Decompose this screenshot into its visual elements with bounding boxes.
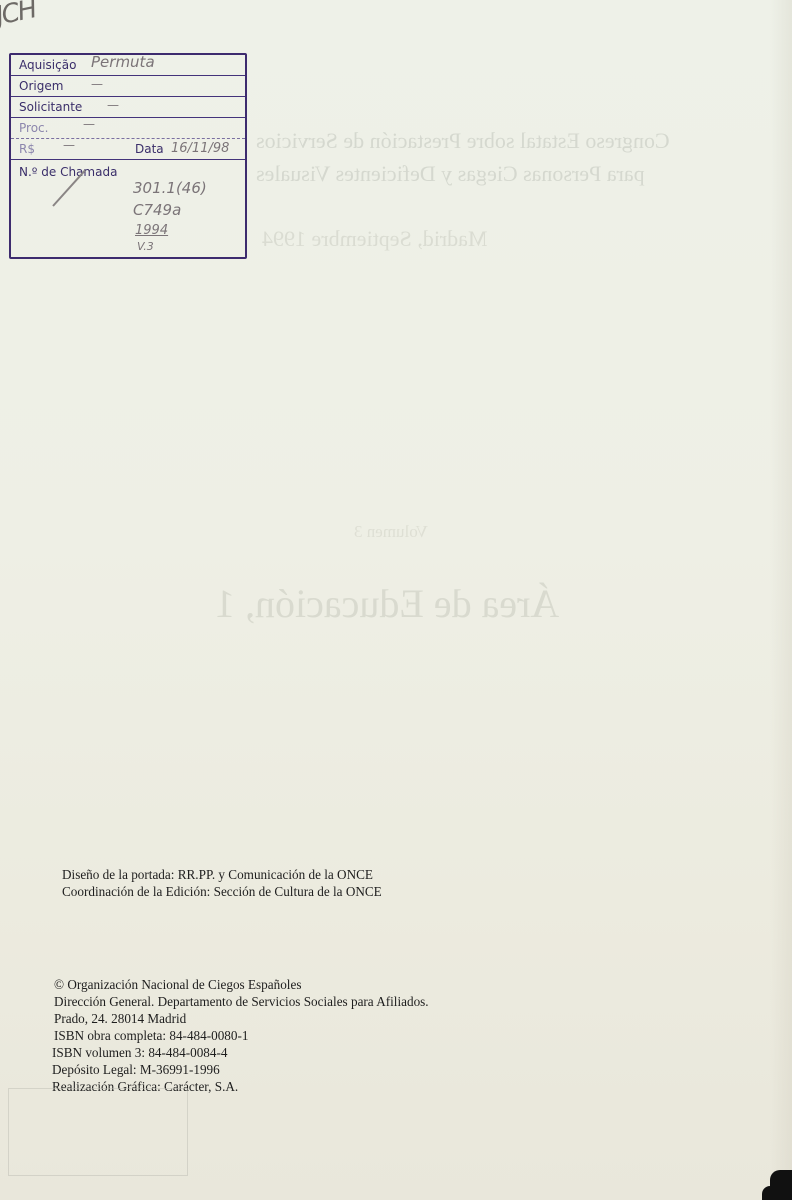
stamp-date-label: Data [135, 139, 164, 159]
credit-line: Coordinación de la Edición: Sección de C… [62, 883, 382, 900]
publisher-department: Dirección General. Departamento de Servi… [54, 993, 429, 1010]
credit-line: Diseño de la portada: RR.PP. y Comunicac… [62, 866, 382, 883]
stamp-value: — [63, 135, 75, 155]
stamp-value: — [107, 95, 119, 115]
copyright-block: © Organización Nacional de Ciegos Españo… [54, 976, 429, 1095]
bleed-through-date: Madrid, Septiembre 1994 [262, 226, 487, 252]
call-number-line: 301.1(46) [133, 179, 207, 197]
handwritten-initials: JCH [0, 0, 38, 32]
bleed-through-volume: Volumen 3 [354, 522, 428, 542]
scan-background-corner [762, 1186, 770, 1200]
stamp-row-acquisition: Aquisição Permuta [11, 55, 245, 76]
isbn-complete-work: ISBN obra completa: 84-484-0080-1 [54, 1027, 429, 1044]
bleed-through-line: Congreso Estatal sobre Prestación de Ser… [256, 128, 670, 154]
stamp-call-number-label: N.º de Chamada [19, 165, 117, 179]
copyright-line: © Organización Nacional de Ciegos Españo… [54, 976, 429, 993]
design-credits: Diseño de la portada: RR.PP. y Comunicac… [62, 866, 382, 900]
isbn-volume: ISBN volumen 3: 84-484-0084-4 [52, 1044, 429, 1061]
stamp-label: Proc. [19, 118, 48, 138]
legal-deposit: Depósito Legal: M-36991-1996 [52, 1061, 429, 1078]
stamp-label: Solicitante [19, 97, 82, 117]
stamp-row-origin: Origem — [11, 76, 245, 97]
stamp-row-price-date: R$ — Data 16/11/98 [11, 139, 245, 160]
call-number-line: V.3 [137, 240, 154, 253]
stamp-label: Origem [19, 76, 63, 96]
library-acquisition-stamp: Aquisição Permuta Origem — Solicitante —… [9, 53, 247, 259]
call-number-line: 1994 [135, 223, 168, 238]
bleed-through-title: Área de Educación, 1 [215, 580, 559, 627]
stamp-label: Aquisição [19, 55, 76, 75]
call-number-line: C749a [133, 201, 181, 219]
stamp-value: — [83, 114, 95, 134]
scan-background-corner [770, 1170, 792, 1200]
page-edge-shadow [770, 0, 792, 1200]
bleed-through-line: para Personas Ciegas y Deficientes Visua… [256, 161, 645, 187]
stamp-value: Permuta [91, 52, 155, 72]
stamp-row-requester: Solicitante — [11, 97, 245, 118]
stamp-label: R$ [19, 139, 35, 159]
faint-stamp-outline [8, 1088, 188, 1176]
scanned-page: JCH Aquisição Permuta Origem — Solicitan… [0, 0, 792, 1200]
stamp-row-process: Proc. — [11, 118, 245, 139]
stamp-date-value: 16/11/98 [171, 139, 229, 159]
stamp-value: — [91, 74, 103, 94]
publisher-address: Prado, 24. 28014 Madrid [54, 1010, 429, 1027]
